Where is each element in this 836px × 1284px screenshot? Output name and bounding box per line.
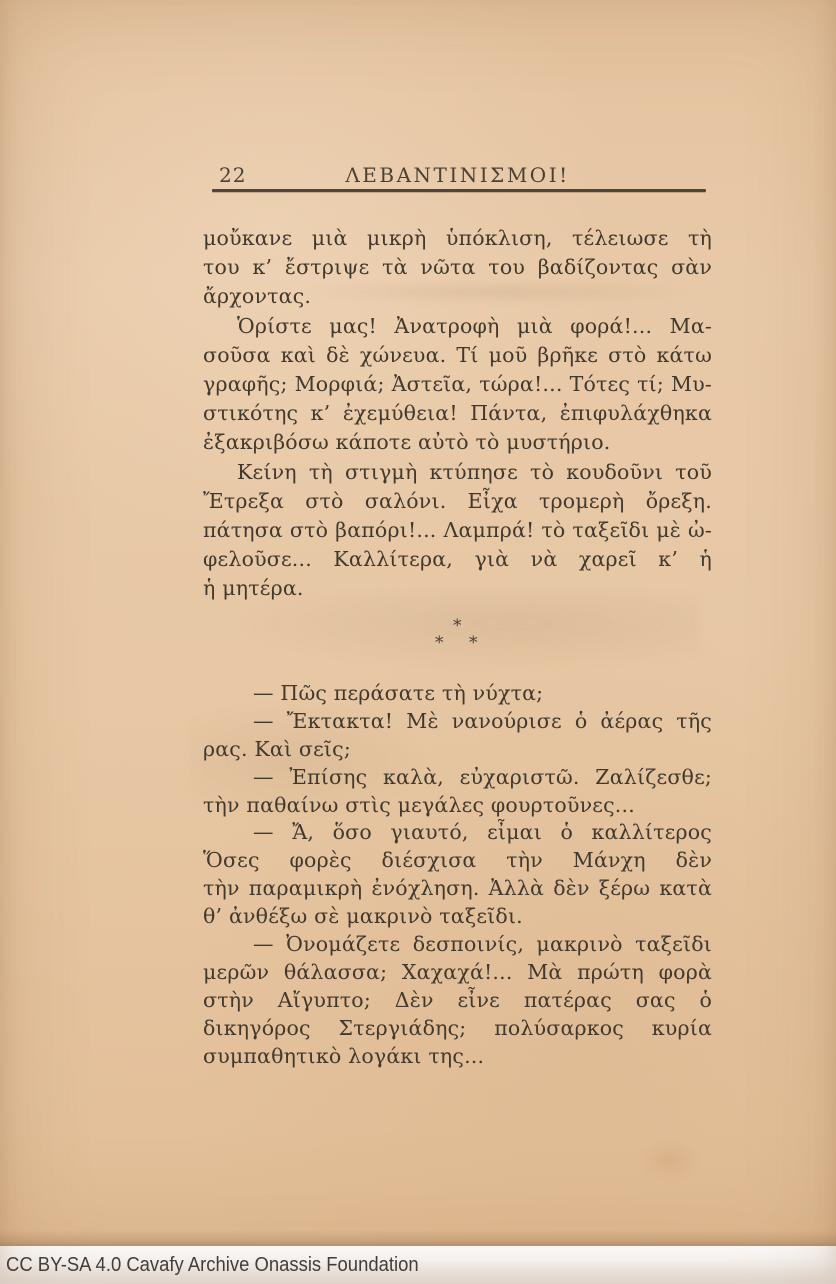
body-text: μοὔκανε μιὰ μικρὴ ὑπόκλιση, τέλειωσε τὴ … <box>203 224 712 603</box>
text-line: σοῦσα καὶ δὲ χώνευα. Τί μοῦ βρῆκε στὸ κά… <box>203 341 712 370</box>
text-line: φελοῦσε... Καλλίτερα, γιὰ νὰ χαρεῖ κ’ ἡ … <box>203 545 712 574</box>
text-line: ἄρχοντας. <box>203 282 712 311</box>
text-line: — Ἔκτακτα! Μὲ νανούρισε ὁ ἀέρας τῆς ἁρμύ… <box>203 708 712 736</box>
text-line: μερῶν θάλασσα; Χαχαχά!... Μὰ πρώτη φορὰ … <box>203 959 712 987</box>
text-line: συμπαθητικὸ λογάκι της... <box>203 1043 712 1071</box>
text-line: — Ἐπίσης καλὰ, εὐχαριστῶ. Ζαλίζεσθε; Ἐγὼ <box>203 764 712 792</box>
text-line: — Ὀνομάζετε δεσποινίς, μακρινὸ ταξεῖδι π… <box>203 931 712 959</box>
book-page-scan: 22 ΛΕΒΑΝΤΙΝΙΣΜΟΙ! μοὔκανε μιὰ μικρὴ ὑπόκ… <box>0 0 836 1284</box>
text-line: Ὅσες φορὲς διέσχισα τὴν Μάνχη δὲν αἰσθάν… <box>203 847 712 875</box>
paper-stain <box>640 1140 700 1180</box>
text-line: ἐξακριβόσω κάποτε αὐτὸ τὸ μυστήριο. <box>203 428 712 457</box>
text-line: Κείνη τὴ στιγμὴ κτύπησε τὸ κουδοῦνι τοῦ … <box>203 458 712 487</box>
license-attribution-text: CC BY-SA 4.0 Cavafy Archive Onassis Foun… <box>6 1246 419 1284</box>
section-separator: * * * <box>203 616 712 662</box>
asterisk-icon: * <box>435 633 444 653</box>
text-line: γραφῆς; Μορφιά; Ἀστεῖα, τώρα!... Τότες τ… <box>203 370 712 399</box>
text-line: πάτησα στὸ βαπόρι!... Λαμπρά! τὸ ταξεῖδι… <box>203 516 712 545</box>
asterisk-icon: * <box>453 616 462 636</box>
text-line: στικότης κ’ ἐχεμύθεια! Πάντα, ἐπιφυλάχθη… <box>203 399 712 428</box>
text-line: δικηγόρος Στεργιάδης; πολύσαρκος κυρία ἔ… <box>203 1015 712 1043</box>
text-line: Ἔτρεξα στὸ σαλόνι. Εἶχα τρομερὴ ὄρεξη. Μ… <box>203 487 712 516</box>
text-line: ἡ μητέρα. <box>203 574 712 603</box>
text-line: ρας. Καὶ σεῖς; <box>203 736 712 764</box>
text-line: του κ’ ἔστριψε τὰ νῶτα του βαδίζοντας σὰ… <box>203 253 712 282</box>
paper-bottom-edge <box>0 1230 836 1246</box>
text-line: τὴν παθαίνω στὶς μεγάλες φουρτοῦνες... <box>203 792 712 820</box>
text-line: — Πῶς περάσατε τὴ νύχτα; <box>203 680 712 708</box>
header-rule <box>212 189 706 192</box>
page-header: 22 ΛΕΒΑΝΤΙΝΙΣΜΟΙ! <box>203 163 712 187</box>
asterisk-icon: * <box>469 633 478 653</box>
text-line: Ὁρίστε μας! Ἀνατροφὴ μιὰ φορά!... Μα- <box>203 312 712 341</box>
text-line: τὴν παραμικρὴ ἐνόχληση. Ἀλλὰ δὲν ξέρω κα… <box>203 875 712 903</box>
text-line: θ’ ἀνθέξω σὲ μακρινὸ ταξεῖδι. <box>203 903 712 931</box>
text-line: — Ἄ, ὅσο γιαυτό, εἶμαι ὁ καλλίτερος ναύτ… <box>203 819 712 847</box>
dialogue-text: — Πῶς περάσατε τὴ νύχτα;— Ἔκτακτα! Μὲ να… <box>203 680 712 1070</box>
running-title: ΛΕΒΑΝΤΙΝΙΣΜΟΙ! <box>203 163 712 187</box>
text-line: στὴν Αἴγυπτο; Δὲν εἶνε πατέρας σας ὁ διά… <box>203 987 712 1015</box>
attribution-bar: CC BY-SA 4.0 Cavafy Archive Onassis Foun… <box>0 1246 836 1284</box>
text-line: μοὔκανε μιὰ μικρὴ ὑπόκλιση, τέλειωσε τὴ … <box>203 224 712 253</box>
